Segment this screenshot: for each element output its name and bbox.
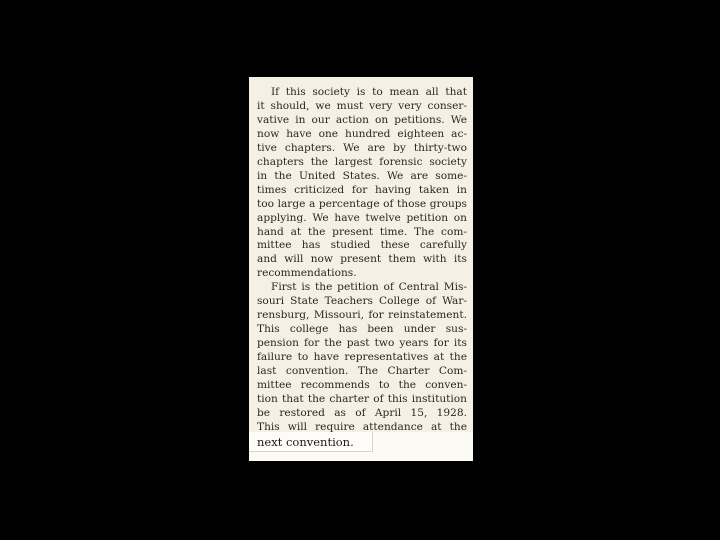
text-line: First is the petition of Central Mis-	[257, 281, 467, 295]
text-line: now have one hundred eighteen ac-	[257, 128, 467, 142]
document-page: If this society is to mean all that it s…	[249, 77, 473, 461]
document-body: If this society is to mean all that it s…	[257, 86, 467, 435]
text-line: tion that the charter of this institutio…	[257, 393, 467, 407]
text-line: it should, we must very very conser-	[257, 100, 467, 114]
text-line: in the United States. We are some-	[257, 170, 467, 184]
text-line: too large a percentage of those groups	[257, 198, 467, 212]
text-line: recommendations.	[257, 267, 467, 281]
text-line: last convention. The Charter Com-	[257, 365, 467, 379]
text-line: souri State Teachers College of War-	[257, 295, 467, 309]
text-line: failure to have representatives at the	[257, 351, 467, 365]
paragraph-1: If this society is to mean all that it s…	[257, 86, 467, 281]
text-line: rensburg, Missouri, for reinstatement.	[257, 309, 467, 323]
pasted-text-line: next convention.	[257, 435, 354, 449]
text-line: If this society is to mean all that	[257, 86, 467, 100]
text-line: mittee has studied these carefully	[257, 239, 467, 253]
paragraph-2: First is the petition of Central Mis- so…	[257, 281, 467, 434]
text-line: tive chapters. We are by thirty-two	[257, 142, 467, 156]
text-line: mittee recommends to the conven-	[257, 379, 467, 393]
text-line: applying. We have twelve petition on	[257, 212, 467, 226]
text-line: This college has been under sus-	[257, 323, 467, 337]
text-line: be restored as of April 15, 1928.	[257, 407, 467, 421]
text-line: hand at the present time. The com-	[257, 226, 467, 240]
text-line: and will now present them with its	[257, 253, 467, 267]
text-line: vative in our action on petitions. We	[257, 114, 467, 128]
text-line: pension for the past two years for its	[257, 337, 467, 351]
text-line: chapters the largest forensic society	[257, 156, 467, 170]
text-line: times criticized for having taken in	[257, 184, 467, 198]
